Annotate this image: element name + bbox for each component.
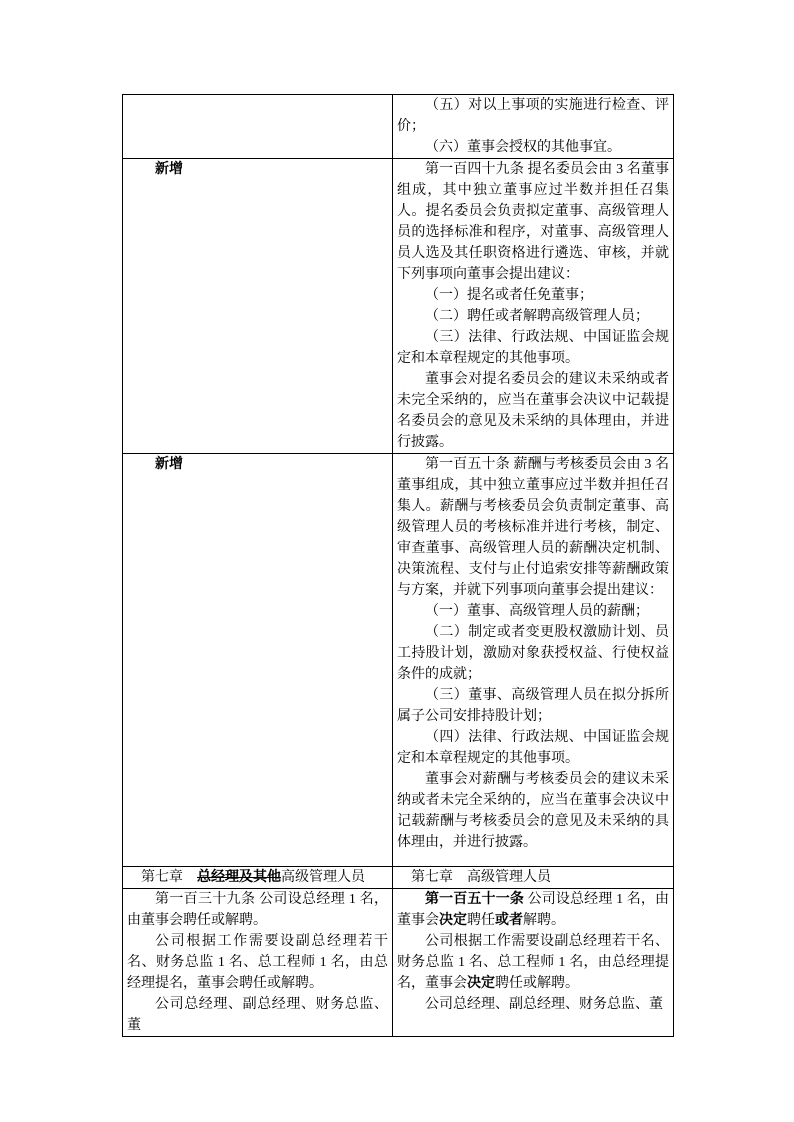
paragraph: （三）法律、行政法规、中国证监会规定和本章程规定的其他事项。 xyxy=(397,327,669,369)
chapter-title-new: 第七章 高级管理人员 xyxy=(397,867,669,888)
emphasized-text: 决定 xyxy=(467,976,495,991)
revision-comparison-table: （五）对以上事项的实施进行检查、评价； （六）董事会授权的其他事宜。 新增 第一… xyxy=(122,94,674,1037)
new-version-cell: 第一百五十一条 公司设总经理 1 名，由董事会决定聘任或者解聘。 公司根据工作需… xyxy=(393,889,674,1037)
paragraph: （二）制定或者变更股权激励计划、员工持股计划，激励对象获授权益、行使权益条件的成… xyxy=(397,622,669,685)
old-version-cell: 新增 xyxy=(123,159,393,454)
chapter-number: 第七章 xyxy=(141,870,197,885)
old-version-cell: 新增 xyxy=(123,454,393,867)
paragraph: （一）提名或者任免董事； xyxy=(397,285,669,306)
paragraph: （四）法律、行政法规、中国证监会规定和本章程规定的其他事项。 xyxy=(397,727,669,769)
chapter-name: 高级管理人员 xyxy=(281,870,365,885)
paragraph: （二）聘任或者解聘高级管理人员； xyxy=(397,306,669,327)
table-row-article-150: 新增 第一百五十条 薪酬与考核委员会由 3 名董事组成，其中独立董事应过半数并担… xyxy=(123,454,674,867)
added-label: 新增 xyxy=(127,454,388,475)
new-version-cell: 第一百四十九条 提名委员会由 3 名董事组成，其中独立董事应过半数并担任召集人。… xyxy=(393,159,674,454)
added-label: 新增 xyxy=(127,159,388,180)
old-version-cell: 第七章 总经理及其他高级管理人员 xyxy=(123,867,393,889)
emphasized-text: 决定 xyxy=(439,913,467,928)
paragraph: （六）董事会授权的其他事宜。 xyxy=(397,137,669,158)
table-row-article-151: 第一百三十九条 公司设总经理 1 名，由董事会聘任或解聘。 公司根据工作需要设副… xyxy=(123,889,674,1037)
paragraph: 董事会对薪酬与考核委员会的建议未采纳或者未完全采纳的，应当在董事会决议中记载薪酬… xyxy=(397,769,669,853)
document-page: （五）对以上事项的实施进行检查、评价； （六）董事会授权的其他事宜。 新增 第一… xyxy=(0,0,794,1122)
paragraph: （五）对以上事项的实施进行检查、评价； xyxy=(397,95,669,137)
paragraph: 第一百四十九条 提名委员会由 3 名董事组成，其中独立董事应过半数并担任召集人。… xyxy=(397,159,669,285)
struck-text: 总经理及其他 xyxy=(197,870,281,885)
chapter-title-old: 第七章 总经理及其他高级管理人员 xyxy=(127,867,388,888)
paragraph: 董事会对提名委员会的建议未采纳或者未完全采纳的，应当在董事会决议中记载提名委员会… xyxy=(397,369,669,453)
emphasized-text: 或者 xyxy=(495,913,523,928)
paragraph: 第一百五十一条 公司设总经理 1 名，由董事会决定聘任或者解聘。 xyxy=(397,889,669,931)
table-row-chapter-7: 第七章 总经理及其他高级管理人员 第七章 高级管理人员 xyxy=(123,867,674,889)
new-version-cell: （五）对以上事项的实施进行检查、评价； （六）董事会授权的其他事宜。 xyxy=(393,95,674,159)
new-version-cell: 第一百五十条 薪酬与考核委员会由 3 名董事组成，其中独立董事应过半数并担任召集… xyxy=(393,454,674,867)
paragraph: 第一百三十九条 公司设总经理 1 名，由董事会聘任或解聘。 xyxy=(127,889,388,931)
paragraph: 公司根据工作需要设副总经理若干名、财务总监 1 名、总工程师 1 名，由总经理提… xyxy=(127,931,388,994)
paragraph: （三）董事、高级管理人员在拟分拆所属子公司安排持股计划； xyxy=(397,685,669,727)
table-row-continuation: （五）对以上事项的实施进行检查、评价； （六）董事会授权的其他事宜。 xyxy=(123,95,674,159)
old-version-cell xyxy=(123,95,393,159)
paragraph-text: 聘任或解聘。 xyxy=(495,976,579,991)
paragraph: 公司根据工作需要设副总经理若干名、财务总监 1 名、总工程师 1 名，由总经理提… xyxy=(397,931,669,994)
paragraph: （一）董事、高级管理人员的薪酬； xyxy=(397,601,669,622)
paragraph-text: 聘任 xyxy=(467,913,495,928)
paragraph-text: 解聘。 xyxy=(523,913,565,928)
old-version-cell: 第一百三十九条 公司设总经理 1 名，由董事会聘任或解聘。 公司根据工作需要设副… xyxy=(123,889,393,1037)
paragraph: 第一百五十条 薪酬与考核委员会由 3 名董事组成，其中独立董事应过半数并担任召集… xyxy=(397,454,669,601)
paragraph: 公司总经理、副总经理、财务总监、董 xyxy=(127,994,388,1036)
new-version-cell: 第七章 高级管理人员 xyxy=(393,867,674,889)
table-row-article-149: 新增 第一百四十九条 提名委员会由 3 名董事组成，其中独立董事应过半数并担任召… xyxy=(123,159,674,454)
article-number: 第一百五十一条 xyxy=(425,892,524,907)
paragraph: 公司总经理、副总经理、财务总监、董 xyxy=(397,994,669,1015)
